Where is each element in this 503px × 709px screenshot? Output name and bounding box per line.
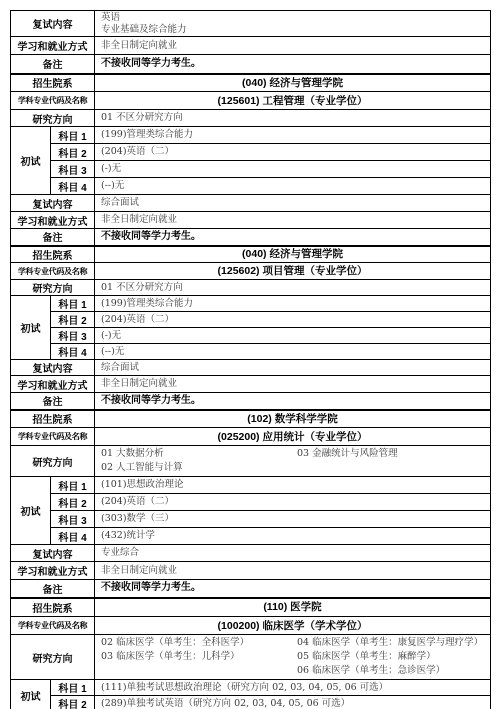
label-subject-4: 科目 4	[51, 528, 95, 545]
row-retest-content: 复试内容 综合面试	[11, 195, 491, 212]
value-subject-2: (204)英语（二）	[95, 312, 491, 328]
label-retest: 复试内容	[11, 11, 95, 37]
direction-item: 02 人工智能与计算	[101, 461, 297, 475]
direction-item: 06 临床医学（单考生：急诊医学）	[297, 664, 486, 678]
label-remark: 备注	[11, 580, 95, 598]
row-subject-4: 科目 4 (--)无	[11, 178, 491, 195]
value-subject-3: (-)无	[95, 328, 491, 344]
label-subject-1: 科目 1	[51, 127, 95, 144]
direction-item: 01 大数据分析	[101, 447, 297, 461]
row-remark: 备注 不接收同等学力考生。	[11, 229, 491, 246]
value-remark: 不接收同等学力考生。	[95, 393, 491, 410]
value-research-direction: 01 不区分研究方向	[95, 280, 491, 296]
row-study-mode: 学习和就业方式 非全日制定向就业	[11, 37, 491, 55]
label-retest: 复试内容	[11, 195, 95, 212]
label-subject-3: 科目 3	[51, 511, 95, 528]
label-research-direction: 研究方向	[11, 280, 95, 296]
direction-item: 05 临床医学（单考生：麻醉学）	[297, 650, 486, 664]
label-subject-4: 科目 4	[51, 344, 95, 360]
value-college: (110) 医学院	[95, 598, 491, 617]
label-first-exam: 初试	[11, 680, 51, 709]
row-subject-3: 科目 3 (-)无	[11, 161, 491, 178]
row-subject-2: 科目 2 (204)英语（二）	[11, 494, 491, 511]
value-subject-1: (111)单独考试思想政治理论（研究方向 02, 03, 04, 05, 06 …	[95, 680, 491, 696]
label-college: 招生院系	[11, 410, 95, 428]
label-retest: 复试内容	[11, 545, 95, 562]
value-subject-4: (--)无	[95, 344, 491, 360]
label-research-direction: 研究方向	[11, 110, 95, 127]
label-subject-3: 科目 3	[51, 161, 95, 178]
row-college: 招生院系 (110) 医学院	[11, 598, 491, 617]
value-major-code: (100200) 临床医学（学术学位）	[95, 617, 491, 635]
row-study-mode: 学习和就业方式 非全日制定向就业	[11, 562, 491, 580]
label-subject-1: 科目 1	[51, 680, 95, 696]
row-major-code: 学科专业代码及名称 (125602) 项目管理（专业学位）	[11, 263, 491, 280]
label-subject-2: 科目 2	[51, 494, 95, 511]
label-major-code: 学科专业代码及名称	[11, 617, 95, 635]
direction-item: 03 临床医学（单考生：儿科学）	[101, 650, 297, 664]
value-subject-3: (-)无	[95, 161, 491, 178]
row-retest-content: 复试内容 综合面试	[11, 360, 491, 376]
value-major-code: (125602) 项目管理（专业学位）	[95, 263, 491, 280]
label-study-mode: 学习和就业方式	[11, 37, 95, 55]
value-subject-2: (204)英语（二）	[95, 494, 491, 511]
value-retest: 综合面试	[95, 360, 491, 376]
admissions-table: 复试内容 英语 专业基础及综合能力 学习和就业方式 非全日制定向就业 备注 不接…	[10, 10, 491, 709]
row-subject-1: 初试 科目 1 (111)单独考试思想政治理论（研究方向 02, 03, 04,…	[11, 680, 491, 696]
row-major-code: 学科专业代码及名称 (125601) 工程管理（专业学位）	[11, 92, 491, 110]
value-subject-3: (303)数学（三）	[95, 511, 491, 528]
label-retest: 复试内容	[11, 360, 95, 376]
row-research-direction: 研究方向 01 大数据分析 02 人工智能与计算 03 金融统计与风险管理	[11, 446, 491, 477]
row-college: 招生院系 (040) 经济与管理学院	[11, 246, 491, 263]
label-remark: 备注	[11, 55, 95, 74]
label-subject-1: 科目 1	[51, 477, 95, 494]
row-remark: 备注 不接收同等学力考生。	[11, 55, 491, 74]
value-study-mode: 非全日制定向就业	[95, 212, 491, 229]
label-college: 招生院系	[11, 598, 95, 617]
label-research-direction: 研究方向	[11, 446, 95, 477]
value-study-mode: 非全日制定向就业	[95, 376, 491, 393]
value-subject-4: (432)统计学	[95, 528, 491, 545]
row-subject-1: 初试 科目 1 (199)管理类综合能力	[11, 296, 491, 312]
value-research-direction: 02 临床医学（单考生：全科医学） 03 临床医学（单考生：儿科学） 04 临床…	[95, 635, 491, 680]
value-research-direction: 01 大数据分析 02 人工智能与计算 03 金融统计与风险管理	[95, 446, 491, 477]
row-major-code: 学科专业代码及名称 (100200) 临床医学（学术学位）	[11, 617, 491, 635]
row-subject-3: 科目 3 (-)无	[11, 328, 491, 344]
row-remark: 备注 不接收同等学力考生。	[11, 393, 491, 410]
row-subject-2: 科目 2 (204)英语（二）	[11, 144, 491, 161]
label-first-exam: 初试	[11, 477, 51, 545]
value-retest: 综合面试	[95, 195, 491, 212]
row-research-direction: 研究方向 01 不区分研究方向	[11, 110, 491, 127]
label-subject-3: 科目 3	[51, 328, 95, 344]
label-college: 招生院系	[11, 74, 95, 92]
row-retest-content: 复试内容 专业综合	[11, 545, 491, 562]
label-study-mode: 学习和就业方式	[11, 212, 95, 229]
label-remark: 备注	[11, 393, 95, 410]
label-subject-2: 科目 2	[51, 312, 95, 328]
value-college: (102) 数学科学学院	[95, 410, 491, 428]
value-subject-2: (289)单独考试英语（研究方向 02, 03, 04, 05, 06 可选）	[95, 696, 491, 709]
value-subject-1: (199)管理类综合能力	[95, 296, 491, 312]
value-subject-1: (199)管理类综合能力	[95, 127, 491, 144]
value-research-direction: 01 不区分研究方向	[95, 110, 491, 127]
row-major-code: 学科专业代码及名称 (025200) 应用统计（专业学位）	[11, 428, 491, 446]
row-subject-4: 科目 4 (--)无	[11, 344, 491, 360]
value-retest: 英语 专业基础及综合能力	[95, 11, 491, 37]
label-research-direction: 研究方向	[11, 635, 95, 680]
row-subject-2: 科目 2 (289)单独考试英语（研究方向 02, 03, 04, 05, 06…	[11, 696, 491, 709]
label-first-exam: 初试	[11, 296, 51, 360]
row-study-mode: 学习和就业方式 非全日制定向就业	[11, 212, 491, 229]
row-subject-2: 科目 2 (204)英语（二）	[11, 312, 491, 328]
value-major-code: (125601) 工程管理（专业学位）	[95, 92, 491, 110]
value-remark: 不接收同等学力考生。	[95, 55, 491, 74]
row-subject-3: 科目 3 (303)数学（三）	[11, 511, 491, 528]
value-subject-2: (204)英语（二）	[95, 144, 491, 161]
label-subject-2: 科目 2	[51, 144, 95, 161]
label-remark: 备注	[11, 229, 95, 246]
label-college: 招生院系	[11, 246, 95, 263]
label-study-mode: 学习和就业方式	[11, 562, 95, 580]
row-subject-4: 科目 4 (432)统计学	[11, 528, 491, 545]
row-subject-1: 初试 科目 1 (101)思想政治理论	[11, 477, 491, 494]
label-first-exam: 初试	[11, 127, 51, 195]
row-remark: 备注 不接收同等学力考生。	[11, 580, 491, 598]
value-subject-1: (101)思想政治理论	[95, 477, 491, 494]
row-study-mode: 学习和就业方式 非全日制定向就业	[11, 376, 491, 393]
value-remark: 不接收同等学力考生。	[95, 580, 491, 598]
value-college: (040) 经济与管理学院	[95, 246, 491, 263]
label-subject-4: 科目 4	[51, 178, 95, 195]
row-college: 招生院系 (102) 数学科学学院	[11, 410, 491, 428]
value-study-mode: 非全日制定向就业	[95, 37, 491, 55]
row-retest-content: 复试内容 英语 专业基础及综合能力	[11, 11, 491, 37]
admissions-catalog-page: { "colors": { "background": "#ffffff", "…	[0, 0, 503, 709]
value-college: (040) 经济与管理学院	[95, 74, 491, 92]
label-major-code: 学科专业代码及名称	[11, 428, 95, 446]
retest-line: 英语	[101, 12, 486, 24]
direction-item: 04 临床医学（单考生：康复医学与理疗学）	[297, 636, 486, 650]
value-retest: 专业综合	[95, 545, 491, 562]
direction-item: 03 金融统计与风险管理	[297, 447, 486, 461]
label-subject-1: 科目 1	[51, 296, 95, 312]
value-study-mode: 非全日制定向就业	[95, 562, 491, 580]
label-study-mode: 学习和就业方式	[11, 376, 95, 393]
value-major-code: (025200) 应用统计（专业学位）	[95, 428, 491, 446]
retest-line: 专业基础及综合能力	[101, 24, 486, 36]
label-major-code: 学科专业代码及名称	[11, 92, 95, 110]
row-college: 招生院系 (040) 经济与管理学院	[11, 74, 491, 92]
value-remark: 不接收同等学力考生。	[95, 229, 491, 246]
label-subject-2: 科目 2	[51, 696, 95, 709]
value-subject-4: (--)无	[95, 178, 491, 195]
label-major-code: 学科专业代码及名称	[11, 263, 95, 280]
direction-item: 02 临床医学（单考生：全科医学）	[101, 636, 297, 650]
row-research-direction: 研究方向 01 不区分研究方向	[11, 280, 491, 296]
row-research-direction: 研究方向 02 临床医学（单考生：全科医学） 03 临床医学（单考生：儿科学） …	[11, 635, 491, 680]
row-subject-1: 初试 科目 1 (199)管理类综合能力	[11, 127, 491, 144]
